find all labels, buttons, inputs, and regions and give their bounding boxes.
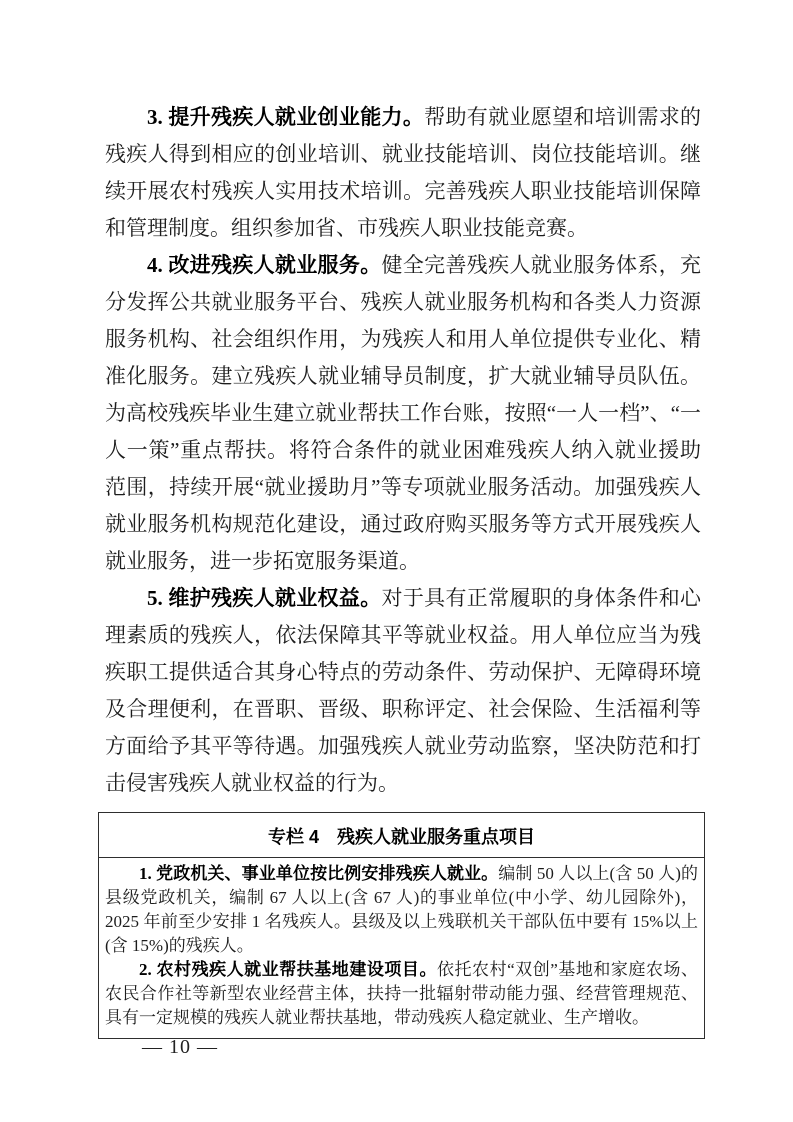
box-item-2-heading: 2. 农村残疾人就业帮扶基地建设项目。	[139, 960, 437, 979]
document-content: 3. 提升残疾人就业创业能力。帮助有就业愿望和培训需求的残疾人得到相应的创业培训…	[105, 99, 701, 1039]
box-item-2: 2. 农村残疾人就业帮扶基地建设项目。依托农村“双创”基地和家庭农场、农民合作社…	[105, 958, 698, 1030]
paragraph-5-body: 对于具有正常履职的身体条件和心理素质的残疾人，依法保障其平等就业权益。用人单位应…	[105, 586, 701, 795]
paragraph-3: 3. 提升残疾人就业创业能力。帮助有就业愿望和培训需求的残疾人得到相应的创业培训…	[105, 99, 701, 247]
paragraph-5: 5. 维护残疾人就业权益。对于具有正常履职的身体条件和心理素质的残疾人，依法保障…	[105, 580, 701, 802]
paragraph-5-heading: 5. 维护残疾人就业权益。	[147, 586, 382, 610]
column-4-box-body: 1. 党政机关、事业单位按比例安排残疾人就业。编制 50 人以上(含 50 人)…	[99, 858, 704, 1038]
page-number: — 10 —	[142, 1036, 218, 1059]
column-4-box-title: 专栏 4 残疾人就业服务重点项目	[99, 813, 704, 858]
paragraph-4-body: 健全完善残疾人就业服务体系，充分发挥公共就业服务平台、残疾人就业服务机构和各类人…	[105, 253, 701, 573]
column-4-box: 专栏 4 残疾人就业服务重点项目 1. 党政机关、事业单位按比例安排残疾人就业。…	[98, 812, 705, 1039]
box-item-1: 1. 党政机关、事业单位按比例安排残疾人就业。编制 50 人以上(含 50 人)…	[105, 862, 698, 958]
paragraph-3-heading: 3. 提升残疾人就业创业能力。	[147, 105, 424, 129]
paragraph-4-heading: 4. 改进残疾人就业服务。	[147, 253, 382, 277]
document-page: 3. 提升残疾人就业创业能力。帮助有就业愿望和培训需求的残疾人得到相应的创业培训…	[0, 0, 793, 1122]
box-item-1-heading: 1. 党政机关、事业单位按比例安排残疾人就业。	[139, 864, 498, 883]
paragraph-4: 4. 改进残疾人就业服务。健全完善残疾人就业服务体系，充分发挥公共就业服务平台、…	[105, 247, 701, 580]
